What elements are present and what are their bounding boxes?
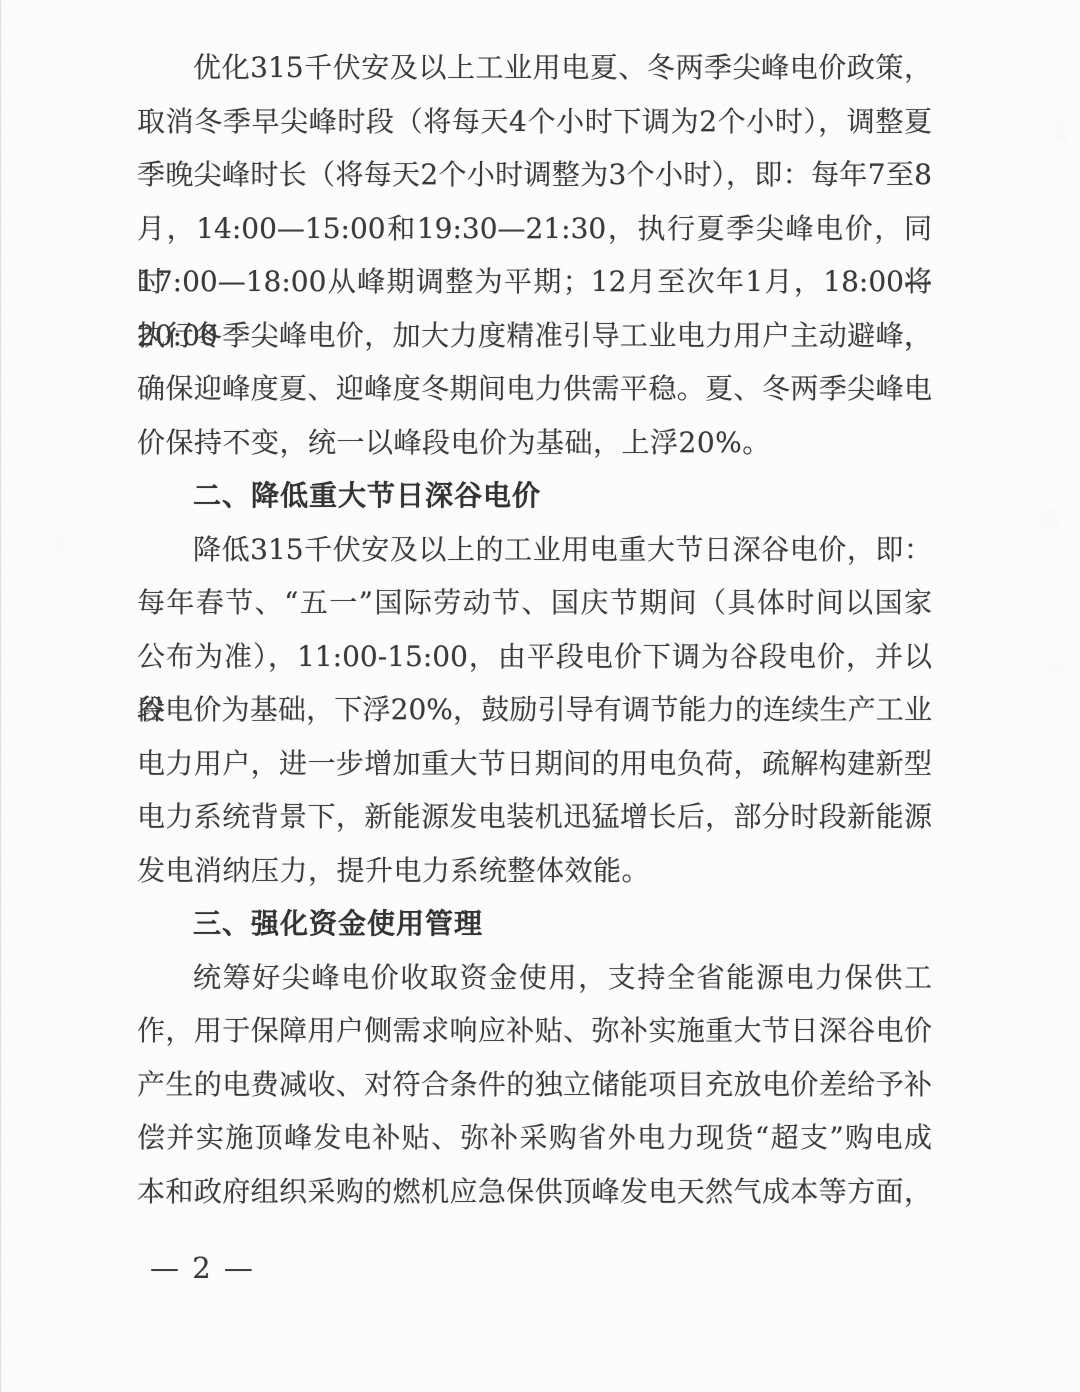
scan-smudge — [1056, 120, 1066, 146]
page-number: — 2 — — [150, 1244, 255, 1292]
scan-smudge — [1044, 510, 1056, 528]
document-line: 发电消纳压力，提升电力系统整体效能。 — [137, 844, 932, 898]
document-line: 电力用户，进一步增加重大节日期间的用电负荷，疏解构建新型 — [137, 737, 932, 791]
document-line: 降低315千伏安及以上的工业用电重大节日深谷电价，即： — [137, 523, 932, 577]
document-line: 取消冬季早尖峰时段（将每天4个小时下调为2个小时），调整夏 — [137, 95, 932, 149]
document-line: 产生的电费减收、对符合条件的独立储能项目充放电价差给予补 — [137, 1058, 932, 1112]
section-heading: 二、降低重大节日深谷电价 — [137, 469, 932, 523]
document-line: 确保迎峰度夏、迎峰度冬期间电力供需平稳。夏、冬两季尖峰电 — [137, 362, 932, 416]
document-page: 优化315千伏安及以上工业用电夏、冬两季尖峰电价政策， 取消冬季早尖峰时段（将每… — [0, 0, 1080, 1392]
document-line: 本和政府组织采购的燃机应急保供顶峰发电天然气成本等方面， — [137, 1165, 932, 1219]
document-line: 电力系统背景下，新能源发电装机迅猛增长后，部分时段新能源 — [137, 790, 932, 844]
document-line: 价保持不变，统一以峰段电价为基础，上浮20%。 — [137, 416, 932, 470]
scan-smudge — [1050, 660, 1060, 676]
document-line: 执行冬季尖峰电价，加大力度精准引导工业电力用户主动避峰， — [137, 309, 932, 363]
document-line: 优化315千伏安及以上工业用电夏、冬两季尖峰电价政策， — [137, 41, 932, 95]
scan-smudge — [52, 540, 70, 550]
scan-edge-artifact — [0, 0, 3, 1392]
document-line: 统筹好尖峰电价收取资金使用，支持全省能源电力保供工 — [137, 951, 932, 1005]
document-line: 作，用于保障用户侧需求响应补贴、弥补实施重大节日深谷电价 — [137, 1004, 932, 1058]
document-line: 段电价为基础，下浮20%，鼓励引导有调节能力的连续生产工业 — [137, 683, 932, 737]
document-line: 每年春节、“五一”国际劳动节、国庆节期间（具体时间以国家 — [137, 576, 932, 630]
document-line: 17:00—18:00从峰期调整为平期；12月至次年1月，18:00—20:00… — [137, 255, 932, 309]
document-line: 月，14:00—15:00和19:30—21:30，执行夏季尖峰电价，同时将 — [137, 202, 932, 256]
document-line: 季晚尖峰时长（将每天2个小时调整为3个小时），即：每年7至8 — [137, 148, 932, 202]
document-line: 公布为准），11:00-15:00，由平段电价下调为谷段电价，并以谷 — [137, 630, 932, 684]
document-text-block: 优化315千伏安及以上工业用电夏、冬两季尖峰电价政策， 取消冬季早尖峰时段（将每… — [137, 41, 932, 1218]
document-line: 偿并实施顶峰发电补贴、弥补采购省外电力现货“超支”购电成 — [137, 1111, 932, 1165]
section-heading: 三、强化资金使用管理 — [137, 897, 932, 951]
